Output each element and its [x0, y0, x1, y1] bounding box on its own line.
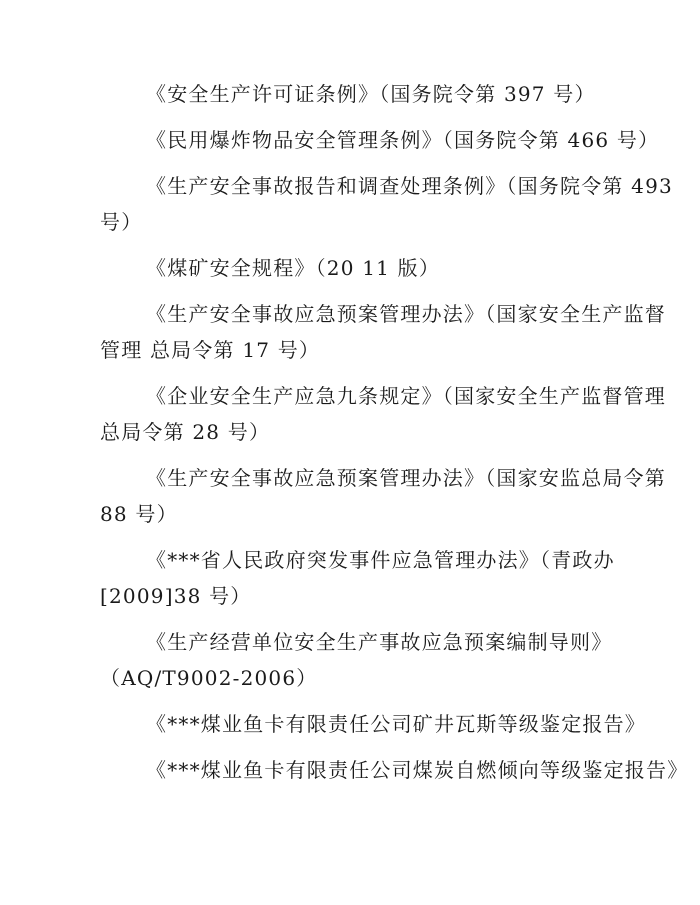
reference-line: 《生产经营单位安全生产事故应急预案编制导则》	[146, 630, 612, 654]
reference-line-continuation: 号）	[100, 210, 142, 234]
reference-line-continuation: 管理 总局令第 17 号）	[100, 338, 320, 362]
document-page: 《安全生产许可证条例》（国务院令第 397 号） 《民用爆炸物品安全管理条例》（…	[0, 0, 700, 905]
reference-line: 《安全生产许可证条例》（国务院令第 397 号）	[146, 82, 596, 106]
reference-line: 《***省人民政府突发事件应急管理办法》（青政办	[146, 548, 615, 572]
reference-line: 《生产安全事故应急预案管理办法》（国家安全生产监督	[146, 302, 666, 326]
reference-line: 《生产安全事故报告和调查处理条例》（国务院令第 493	[146, 174, 673, 198]
reference-line: 《生产安全事故应急预案管理办法》（国家安监总局令第	[146, 466, 666, 490]
reference-line-continuation: 总局令第 28 号）	[100, 420, 270, 444]
reference-line-continuation: [2009]38 号）	[100, 584, 252, 608]
reference-line-continuation: （AQ/T9002-2006）	[100, 666, 317, 690]
reference-line: 《企业安全生产应急九条规定》（国家安全生产监督管理	[146, 384, 666, 408]
reference-line: 《***煤业鱼卡有限责任公司煤炭自燃倾向等级鉴定报告》	[146, 758, 688, 782]
reference-line: 《***煤业鱼卡有限责任公司矿井瓦斯等级鉴定报告》	[146, 712, 646, 736]
reference-line: 《煤矿安全规程》（20 11 版）	[146, 256, 440, 280]
reference-line: 《民用爆炸物品安全管理条例》（国务院令第 466 号）	[146, 128, 659, 152]
reference-line-continuation: 88 号）	[100, 502, 178, 526]
